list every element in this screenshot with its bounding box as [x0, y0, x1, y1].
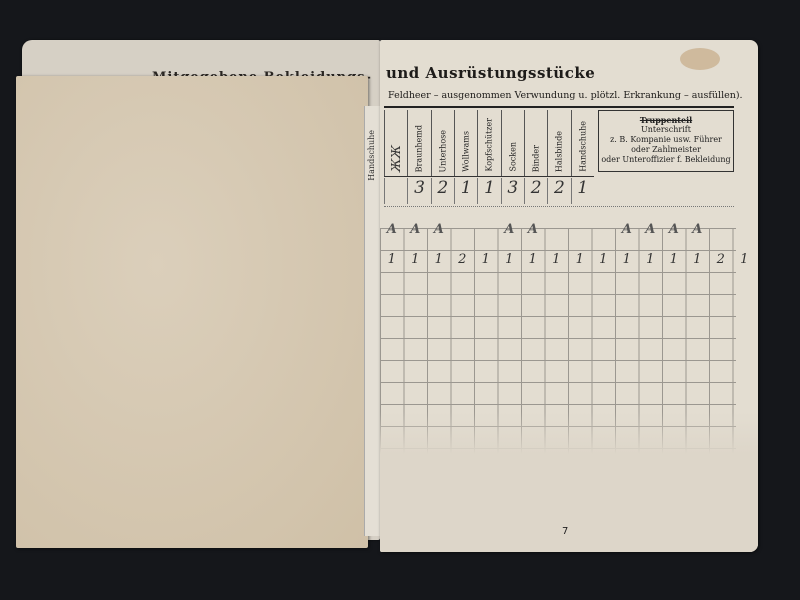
spine-strip: Handschuhe: [364, 106, 381, 536]
torn-paper-area: [380, 412, 758, 552]
open-booklet: Mitgegebene Bekleidungs- Handschuhe und …: [12, 36, 764, 556]
column-header: Unterhose: [431, 110, 454, 176]
column-header: Wollwams: [454, 110, 477, 176]
page-number: 7: [562, 526, 568, 537]
column-header: Socken: [501, 110, 524, 176]
column-header: Halsbinde: [547, 110, 570, 176]
grid-row-values: 1112111111111121112: [380, 252, 758, 267]
column-header: Braunhemd: [407, 110, 430, 176]
column-headers: ЖЖ Braunhemd Unterhose Wollwams Kopfschü…: [384, 110, 594, 177]
header-rule: [384, 106, 734, 108]
page-subtitle: Feldheer – ausgenommen Verwundung u. plö…: [388, 90, 743, 101]
right-page: und Ausrüstungsstücke Feldheer – ausgeno…: [380, 40, 758, 552]
grid-row-marks: AAAAAAAAA: [380, 222, 709, 237]
spine-column-label: Handschuhe: [367, 130, 376, 181]
column-header: Kopfschützer: [477, 110, 500, 176]
column-header: Binder: [524, 110, 547, 176]
left-blank-page: [16, 76, 368, 548]
dotted-line: [384, 206, 734, 207]
first-row-values: 3 2 1 1 3 2 2 1: [384, 178, 594, 204]
column-header: Handschuhe: [571, 110, 594, 176]
page-title: und Ausrüstungsstücke: [386, 64, 595, 82]
column-header: ЖЖ: [384, 110, 407, 176]
signature-box: Truppenteil Unterschrift z. B. Kompanie …: [598, 110, 734, 172]
